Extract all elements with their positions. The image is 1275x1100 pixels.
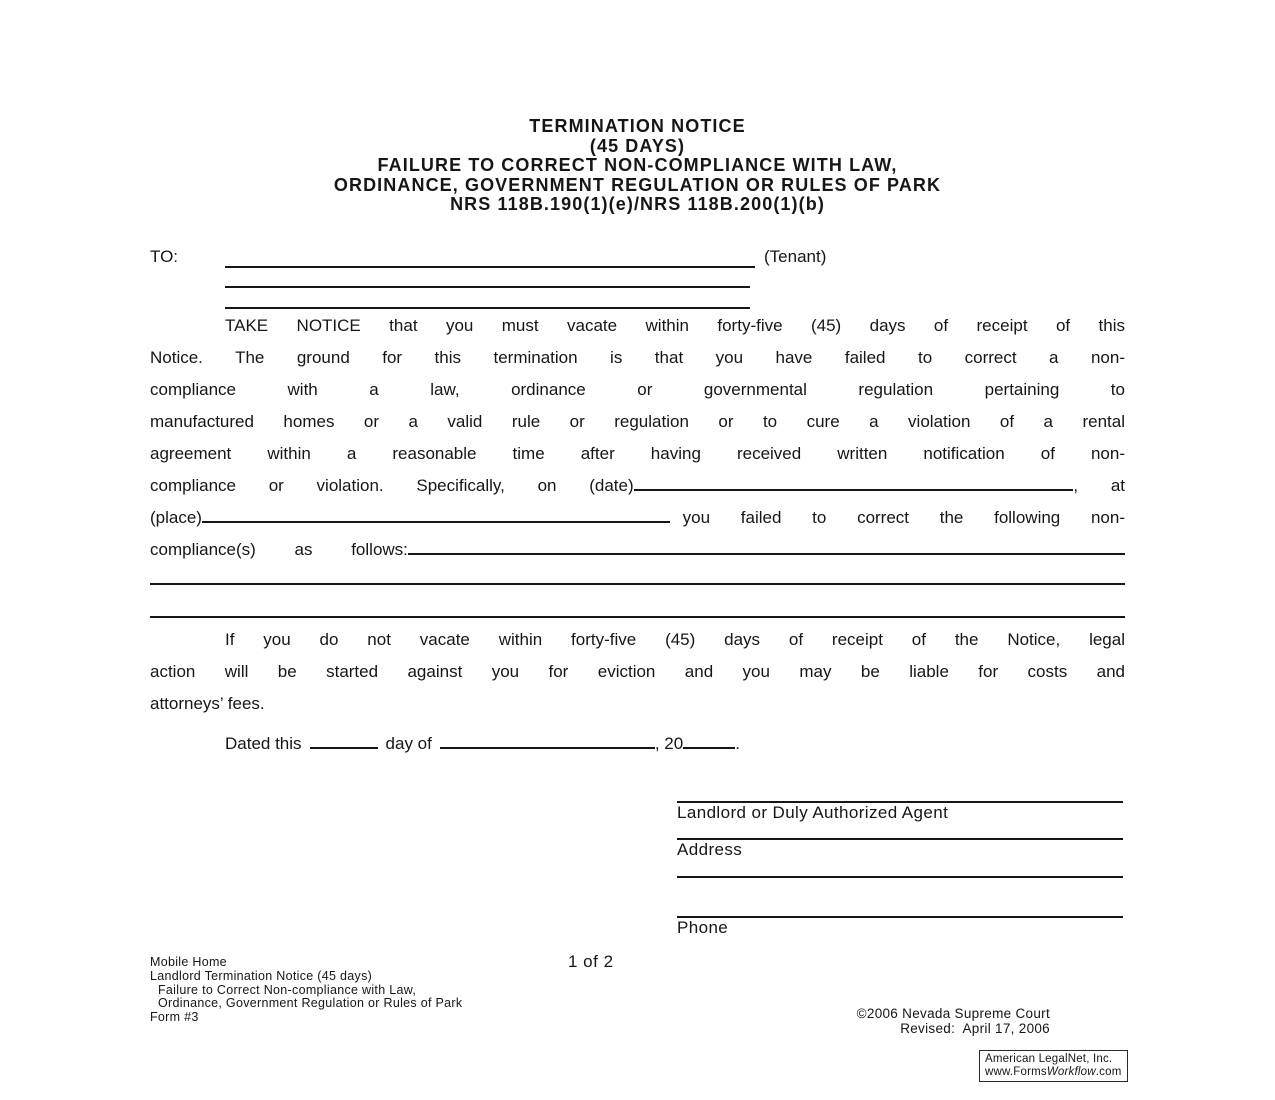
- dated-line: Dated thisday of, 20.: [150, 728, 1125, 760]
- period-text: .: [735, 734, 740, 753]
- legalnet-stamp: American LegalNet, Inc. www.FormsWorkflo…: [979, 1050, 1128, 1082]
- month-field[interactable]: [440, 747, 655, 749]
- place-prompt-text: (place): [150, 502, 202, 534]
- noncompliance-continuation-line-1[interactable]: [150, 566, 1125, 585]
- form-id-line-4: Ordinance, Government Regulation or Rule…: [150, 997, 462, 1011]
- paragraph1-line-3: compliance with a law, ordinance or gove…: [150, 374, 1125, 406]
- legalnet-url-suffix: .com: [1096, 1066, 1122, 1078]
- as-follows-text: compliance(s) as follows:: [150, 534, 408, 566]
- document-title: TERMINATION NOTICE (45 DAYS) FAILURE TO …: [0, 117, 1275, 215]
- noncompliance-continuation-line-2[interactable]: [150, 585, 1125, 618]
- phone-label: Phone: [677, 918, 1123, 938]
- tenant-name-row: TO: (Tenant): [150, 247, 910, 268]
- legalnet-url: www.FormsWorkflow.com: [985, 1066, 1121, 1079]
- year-field[interactable]: [683, 747, 735, 749]
- tenant-suffix-label: (Tenant): [764, 247, 826, 267]
- to-label: TO:: [150, 247, 178, 267]
- paragraph1-line-2: Notice. The ground for this termination …: [150, 342, 1125, 374]
- paragraph2-line-3: attorneys’ fees.: [150, 688, 1125, 720]
- noncompliance-description-field[interactable]: [408, 553, 1125, 555]
- day-of-text: day of: [386, 734, 432, 753]
- tenant-address-row-1: [150, 268, 910, 289]
- form-id-line-1: Mobile Home: [150, 956, 462, 970]
- failed-to-correct-text: you failed to correct the following non-: [683, 502, 1125, 534]
- form-id-line-3: Failure to Correct Non-compliance with L…: [150, 984, 462, 998]
- paragraph1-line-6: compliance or violation. Specifically, o…: [150, 470, 1125, 502]
- address-label: Address: [677, 840, 1123, 860]
- legalnet-url-italic: Workflow: [1047, 1066, 1096, 1078]
- date-field[interactable]: [634, 489, 1074, 491]
- year-prefix-text: , 20: [655, 734, 683, 753]
- copyright-notice: ©2006 Nevada Supreme Court Revised: Apri…: [857, 1007, 1050, 1036]
- signature-block: Landlord or Duly Authorized Agent Addres…: [677, 801, 1123, 938]
- paragraph1-line-4: manufactured homes or a valid rule or re…: [150, 406, 1125, 438]
- to-section: TO: (Tenant): [150, 247, 910, 309]
- title-line-5: NRS 118B.190(1)(e)/NRS 118B.200(1)(b): [0, 195, 1275, 215]
- title-line-4: ORDINANCE, GOVERNMENT REGULATION OR RULE…: [0, 176, 1275, 196]
- paragraph1-line-5: agreement within a reasonable time after…: [150, 438, 1125, 470]
- paragraph1-line-1: TAKE NOTICE that you must vacate within …: [150, 310, 1125, 342]
- title-line-2: (45 DAYS): [0, 137, 1275, 157]
- page-number: 1 of 2: [568, 952, 614, 972]
- landlord-agent-label: Landlord or Duly Authorized Agent: [677, 803, 1123, 823]
- copyright-line-2: Revised: April 17, 2006: [857, 1022, 1050, 1037]
- legalnet-url-prefix: www.Forms: [985, 1066, 1047, 1078]
- address-field-2[interactable]: [677, 876, 1123, 878]
- paragraph1-line-8: compliance(s) as follows:: [150, 534, 1125, 566]
- paragraph2-line-2: action will be started against you for e…: [150, 656, 1125, 688]
- at-text: , at: [1073, 470, 1125, 502]
- paragraph1-line-7: (place) you failed to correct the follow…: [150, 502, 1125, 534]
- paragraph2-line-1: If you do not vacate within forty-five (…: [150, 624, 1125, 656]
- tenant-address-row-2: [150, 288, 910, 309]
- day-field[interactable]: [310, 747, 378, 749]
- place-field[interactable]: [202, 521, 670, 523]
- title-line-1: TERMINATION NOTICE: [0, 117, 1275, 137]
- title-line-3: FAILURE TO CORRECT NON-COMPLIANCE WITH L…: [0, 156, 1275, 176]
- form-id-line-5: Form #3: [150, 1011, 462, 1025]
- paragraph2: If you do not vacate within forty-five (…: [150, 624, 1125, 720]
- document-page: TERMINATION NOTICE (45 DAYS) FAILURE TO …: [0, 0, 1275, 1100]
- tenant-address-field-2[interactable]: [225, 307, 750, 309]
- form-id-line-2: Landlord Termination Notice (45 days): [150, 970, 462, 984]
- notice-body: TAKE NOTICE that you must vacate within …: [150, 310, 1125, 760]
- legalnet-company: American LegalNet, Inc.: [985, 1053, 1121, 1066]
- copyright-line-1: ©2006 Nevada Supreme Court: [857, 1007, 1050, 1022]
- form-identifier: Mobile Home Landlord Termination Notice …: [150, 956, 462, 1025]
- date-prompt-text: compliance or violation. Specifically, o…: [150, 470, 634, 502]
- dated-this-text: Dated this: [225, 734, 302, 753]
